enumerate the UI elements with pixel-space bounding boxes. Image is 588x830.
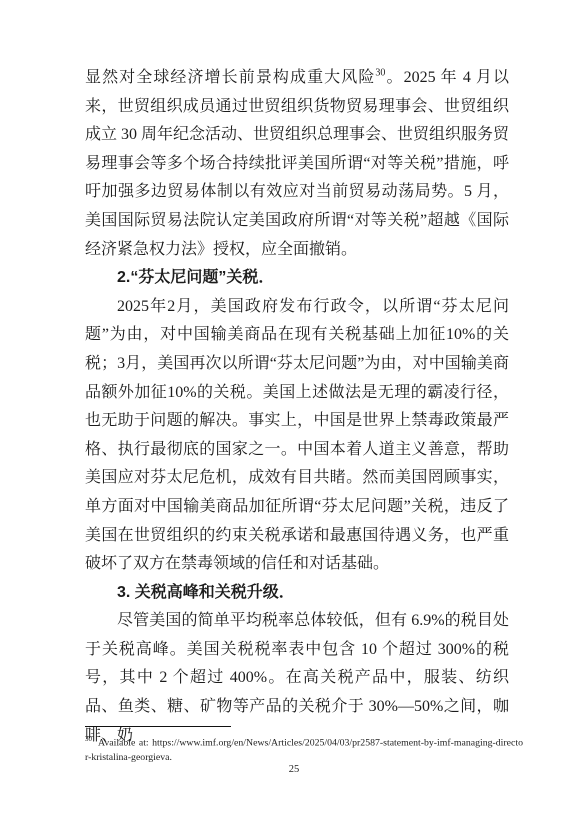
page-number: 25 — [0, 764, 588, 775]
paragraph-1: 显然对全球经济增长前景构成重大风险30。2025 年 4 月以来，世贸组织成员通… — [85, 64, 509, 264]
footnote-30: 30Available at: https://www.imf.org/en/N… — [85, 732, 523, 765]
document-body: 显然对全球经济增长前景构成重大风险30。2025 年 4 月以来，世贸组织成员通… — [85, 64, 509, 750]
paragraph-1-text-after-footnote-ref: 。2025 年 4 月以来，世贸组织成员通过世贸组织货物贸易理事会、世贸组织成立… — [85, 69, 509, 258]
footnote-30-marker: 30 — [85, 735, 92, 743]
paragraph-1-text-before-footnote-ref: 显然对全球经济增长前景构成重大风险 — [85, 69, 375, 86]
footnote-30-text: Available at: https://www.imf.org/en/New… — [85, 737, 523, 763]
footnote-reference-30: 30 — [375, 68, 385, 79]
footnote-separator-rule — [85, 726, 231, 727]
section-heading-3-tariff-peaks: 3. 关税高峰和关税升级． — [85, 579, 509, 608]
footnote-area: 30Available at: https://www.imf.org/en/N… — [85, 726, 523, 765]
paragraph-2: 2025年2月，美国政府发布行政令，以所谓“芬太尼问题”为由，对中国输美商品在现… — [85, 293, 509, 579]
document-page: 显然对全球经济增长前景构成重大风险30。2025 年 4 月以来，世贸组织成员通… — [0, 0, 588, 830]
section-heading-2-fentanyl-tariffs: 2.“芬太尼问题”关税． — [85, 264, 509, 293]
